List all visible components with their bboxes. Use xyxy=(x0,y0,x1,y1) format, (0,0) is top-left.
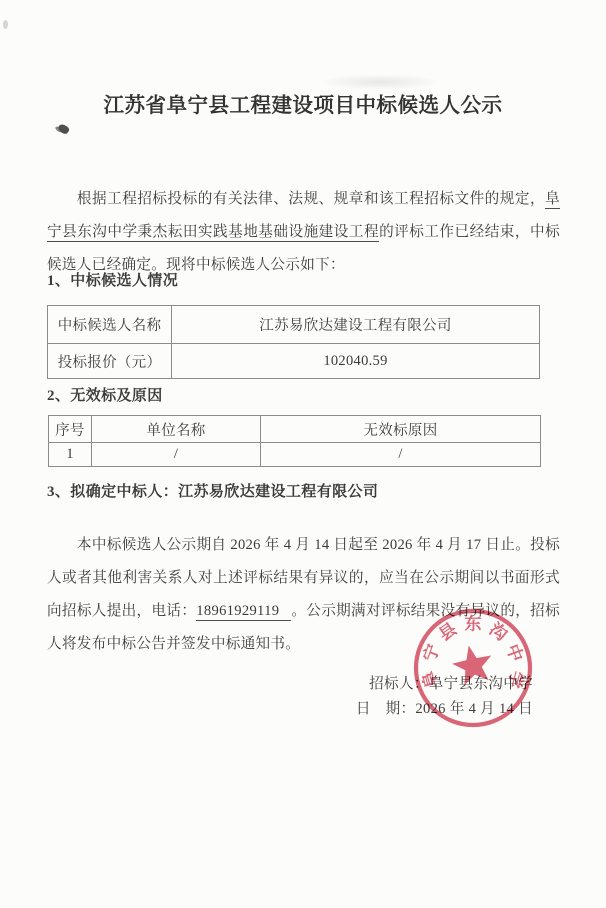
section1-heading: 1、中标候选人情况 xyxy=(47,269,178,290)
intro-text-pre: 根据工程招标投标的有关法律、法规、规章和该工程招标文件的规定， xyxy=(77,191,545,207)
intro-paragraph: 根据工程招标投标的有关法律、法规、规章和该工程招标文件的规定，阜宁县东沟中学秉杰… xyxy=(47,183,560,282)
phone-number-underlined: 18961929119 xyxy=(196,603,291,621)
official-seal: 阜 宁 县 东 沟 中 学 xyxy=(398,593,548,743)
section3-heading: 3、拟确定中标人：江苏易欣达建设工程有限公司 xyxy=(47,480,378,501)
table-row: 1 / / xyxy=(49,443,541,467)
cell-serial-no: 1 xyxy=(49,443,92,467)
scan-artifact-blob xyxy=(57,123,71,136)
seal-char: 东 xyxy=(465,614,482,634)
winner-name-label-cell: 中标候选人名称 xyxy=(48,306,172,344)
seal-star-icon xyxy=(449,641,496,686)
bid-price-label-cell: 投标报价（元） xyxy=(48,344,172,379)
table-header-row: 序号 单位名称 无效标原因 xyxy=(49,416,541,443)
scanned-document-page: 江苏省阜宁县工程建设项目中标候选人公示 根据工程招标投标的有关法律、法规、规章和… xyxy=(0,0,606,908)
seal-char: 学 xyxy=(504,669,528,691)
table-row: 中标候选人名称 江苏易欣达建设工程有限公司 xyxy=(48,306,540,344)
bid-price-value-cell: 102040.59 xyxy=(172,344,540,379)
invalid-bids-table: 序号 单位名称 无效标原因 1 / / xyxy=(48,415,541,467)
page-title: 江苏省阜宁县工程建设项目中标候选人公示 xyxy=(0,88,606,118)
section2-heading: 2、无效标及原因 xyxy=(47,384,163,405)
header-serial-no: 序号 xyxy=(49,416,92,443)
cell-invalid-reason: / xyxy=(261,443,541,467)
cell-unit-name: / xyxy=(92,443,261,467)
scan-speck xyxy=(3,20,8,29)
winner-name-value-cell: 江苏易欣达建设工程有限公司 xyxy=(172,306,540,344)
header-unit-name: 单位名称 xyxy=(92,416,261,443)
header-invalid-reason: 无效标原因 xyxy=(261,416,541,443)
seal-char: 阜 xyxy=(418,669,442,691)
winner-candidate-table: 中标候选人名称 江苏易欣达建设工程有限公司 投标报价（元） 102040.59 xyxy=(47,305,540,379)
table-row: 投标报价（元） 102040.59 xyxy=(48,344,540,379)
